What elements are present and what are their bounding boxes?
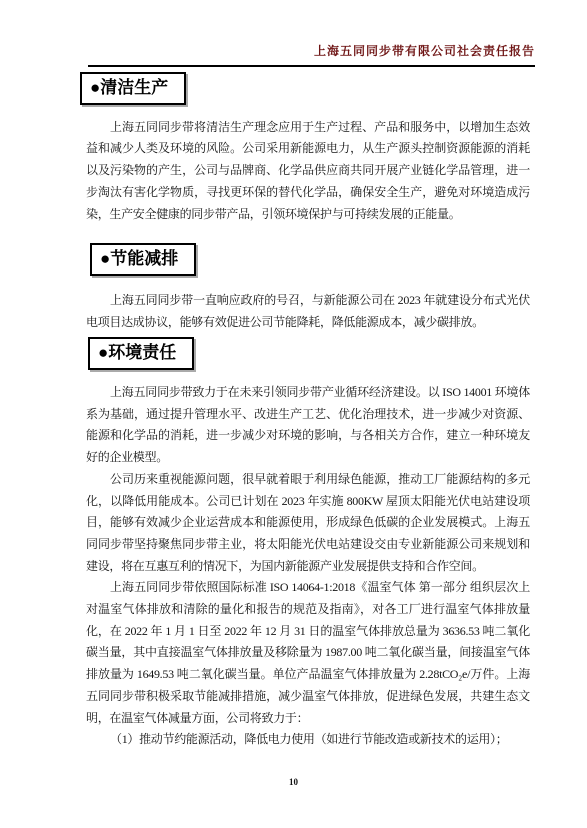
paragraph: 公司历来重视能源问题，很早就着眼于利用绿色能源，推动工厂能源结构的多元化，以降低… [86,469,530,578]
paragraph: （1）推动节约能源活动，降低电力使用（如进行节能改造或新技术的运用）； [86,729,530,751]
section-heading-energy-saving: ●节能减排 [90,243,196,276]
page-header: 上海五同同步带有限公司社会责任报告 [88,42,535,67]
paragraph: 上海五同同步带依照国际标准 ISO 14064-1:2018《温室气体 第一部分… [86,577,530,729]
paragraph: 上海五同同步带一直响应政府的号召，与新能源公司在 2023 年就建设分布式光伏电… [86,290,530,333]
section-heading-environmental-responsibility: ●环境责任 [88,337,194,370]
section-heading-clean-production: ●清洁生产 [80,72,186,105]
report-title: 上海五同同步带有限公司社会责任报告 [314,44,535,58]
page-number: 10 [289,777,298,787]
page-content: ●清洁生产 上海五同同步带将清洁生产理念应用于生产过程、产品和服务中，以增加生态… [86,70,530,751]
page-footer: 10 [0,772,587,790]
paragraph: 上海五同同步带致力于在未来引领同步带产业循环经济建设。以 ISO 14001 环… [86,382,530,469]
report-page: 上海五同同步带有限公司社会责任报告 ●清洁生产 上海五同同步带将清洁生产理念应用… [0,0,587,828]
paragraph: 上海五同同步带将清洁生产理念应用于生产过程、产品和服务中，以增加生态效益和减少人… [86,117,530,226]
